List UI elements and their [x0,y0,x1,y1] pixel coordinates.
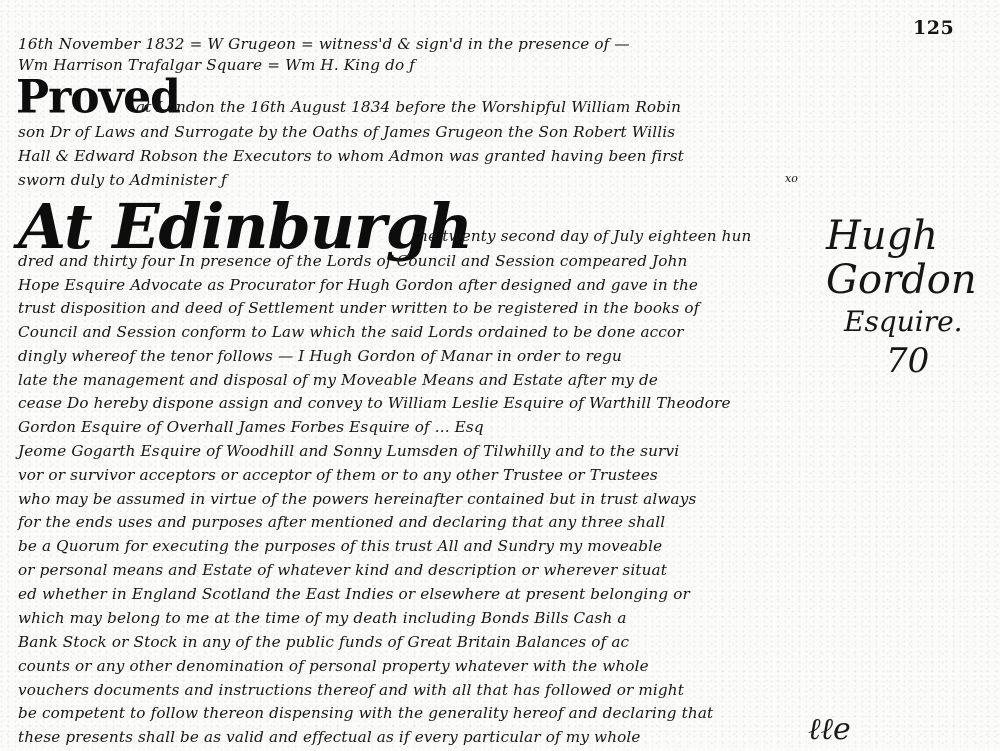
deed-line-7: late the management and disposal of my M… [18,370,658,390]
margin-note-xo: xo [785,172,798,185]
deed-line-4: trust disposition and deed of Settlement… [18,298,699,318]
deed-line-13: for the ends uses and purposes after men… [18,512,665,532]
margin-number: 70 [826,342,977,380]
deed-line-14: be a Quorum for executing the purposes o… [18,536,662,556]
deed-line-6: dingly whereof the tenor follows — I Hug… [18,346,622,366]
deed-line-8: cease Do hereby dispone assign and conve… [18,393,731,413]
deed-line-10: Jeome Gogarth Esquire of Woodhill and So… [18,441,679,461]
deed-line-18: Bank Stock or Stock in any of the public… [18,632,629,652]
deed-line-12: who may be assumed in virtue of the powe… [18,489,696,509]
header-line-1: 16th November 1832 = W Grugeon = witness… [18,34,630,54]
probate-line-4: sworn duly to Administer ƒ [18,170,227,190]
margin-title: Esquire. [826,302,977,342]
corner-signature-scrawl: ℓℓe [808,712,851,747]
deed-line-5: Council and Session conform to Law which… [18,322,684,342]
deed-line-9: Gordon Esquire of Overhall James Forbes … [18,417,484,437]
page-number: 125 [913,17,954,39]
deed-line-21: be competent to follow thereon dispensin… [18,703,713,723]
deed-line-3: Hope Esquire Advocate as Procurator for … [18,275,698,295]
deed-line-17: which may belong to me at the time of my… [18,608,627,628]
probate-line-1: at London the 16th August 1834 before th… [136,97,681,117]
edinburgh-heading: At Edinburgh [18,196,472,258]
deed-line-16: ed whether in England Scotland the East … [18,584,690,604]
deed-line-20: vouchers documents and instructions ther… [18,680,684,700]
margin-name-first: Hugh [826,214,977,258]
deed-line-19: counts or any other denomination of pers… [18,656,649,676]
deed-line-1: the twenty second day of July eighteen h… [412,226,751,246]
deed-line-15: or personal means and Estate of whatever… [18,560,667,580]
deed-line-2: dred and thirty four In presence of the … [18,251,687,271]
margin-name-last: Gordon [826,258,977,302]
margin-annotation: Hugh Gordon Esquire. 70 [826,214,977,380]
probate-line-3: Hall & Edward Robson the Executors to wh… [18,146,684,166]
deed-line-22: these presents shall be as valid and eff… [18,727,641,747]
deed-line-11: vor or survivor acceptors or acceptor of… [18,465,658,485]
probate-line-2: son Dr of Laws and Surrogate by the Oath… [18,122,675,142]
